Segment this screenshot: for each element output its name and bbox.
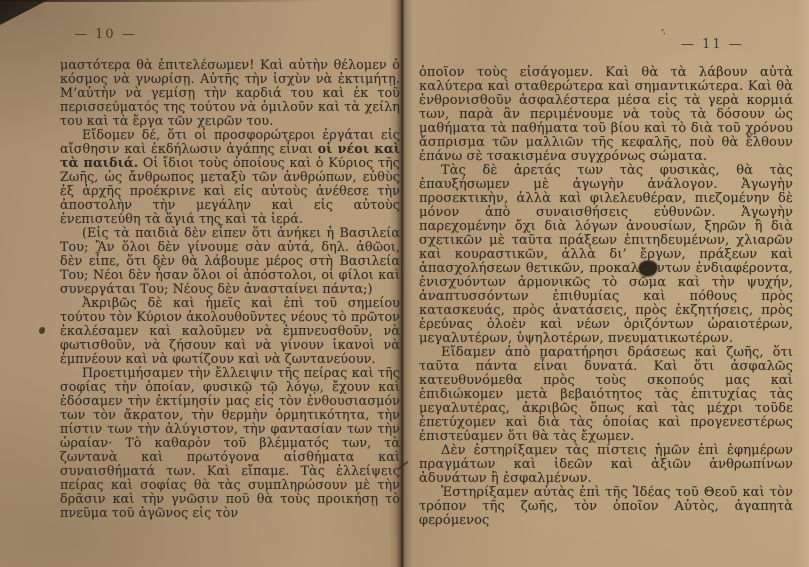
paragraph: (Εἰς τὰ παιδιὰ δὲν εἶπεν ὅτι ἀνήκει ἡ Βα… bbox=[60, 226, 400, 296]
paragraph: Εἴδομεν δέ, ὅτι οἱ προσφορώτεροι ἐργάται… bbox=[60, 128, 400, 226]
paragraph: Ἀκριβῶς δὲ καὶ ἡμεῖς καὶ ἐπὶ τοῦ σημείου… bbox=[60, 296, 400, 366]
scan-top-edge-shadow bbox=[0, 0, 320, 2]
paragraph-text: Τὰς δὲ ἀρετάς των τὰς φυσικὰς, θὰ τὰς ἐπ… bbox=[419, 163, 793, 276]
left-page-text-column: μαστότερα θὰ ἐπιτελέσωμεν! Καὶ αὐτὴν θέλ… bbox=[60, 58, 400, 520]
page-number-left: — 10 — bbox=[74, 27, 137, 42]
paragraph: Εἴδαμεν ἀπὸ παρατήρησι δράσεως καὶ ζωῆς,… bbox=[419, 346, 793, 444]
paragraph: Προετιμήσαμεν τὴν ἔλλειψιν τῆς πείρας κα… bbox=[60, 366, 400, 520]
paragraph: Δὲν ἐστηρίξαμεν τὰς πίστεις ἡμῶν ἐπὶ ἐφη… bbox=[419, 444, 793, 486]
scan-right-edge-highlight bbox=[797, 0, 809, 567]
right-page-text-column: ὁποῖον τοὺς εἰσάγομεν. Καὶ θὰ τὰ λάβουν … bbox=[419, 66, 793, 528]
page-number-right: — 11 — bbox=[681, 37, 744, 52]
paragraph: ὁποῖον τοὺς εἰσάγομεν. Καὶ θὰ τὰ λάβουν … bbox=[419, 66, 793, 164]
paragraph: Ἐστηρίξαμεν αὐτὰς ἐπὶ τῆς Ἰδέας τοῦ Θεοῦ… bbox=[419, 486, 793, 528]
paragraph: μαστότερα θὰ ἐπιτελέσωμεν! Καὶ αὐτὴν θέλ… bbox=[60, 58, 400, 128]
ink-blot: ού bbox=[639, 261, 657, 276]
paragraph: Τὰς δὲ ἀρετάς των τὰς φυσικὰς, θὰ τὰς ἐπ… bbox=[419, 164, 793, 346]
